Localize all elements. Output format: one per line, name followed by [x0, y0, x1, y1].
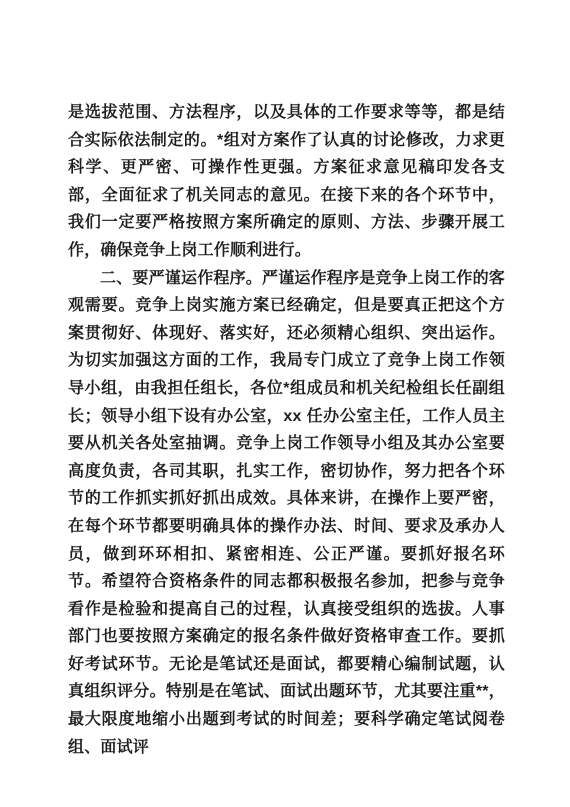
- document-text-block: 是选拔范围、方法程序，以及具体的工作要求等等，都是结合实际依法制定的。*组对方案…: [68, 99, 505, 761]
- paragraph-section-two: 二、要严谨运作程序。严谨运作程序是竞争上岗工作的客观需要。竞争上岗实施方案已经确…: [68, 265, 505, 762]
- paragraph-continuation: 是选拔范围、方法程序，以及具体的工作要求等等，都是结合实际依法制定的。*组对方案…: [68, 99, 505, 265]
- document-page: 是选拔范围、方法程序，以及具体的工作要求等等，都是结合实际依法制定的。*组对方案…: [0, 0, 570, 807]
